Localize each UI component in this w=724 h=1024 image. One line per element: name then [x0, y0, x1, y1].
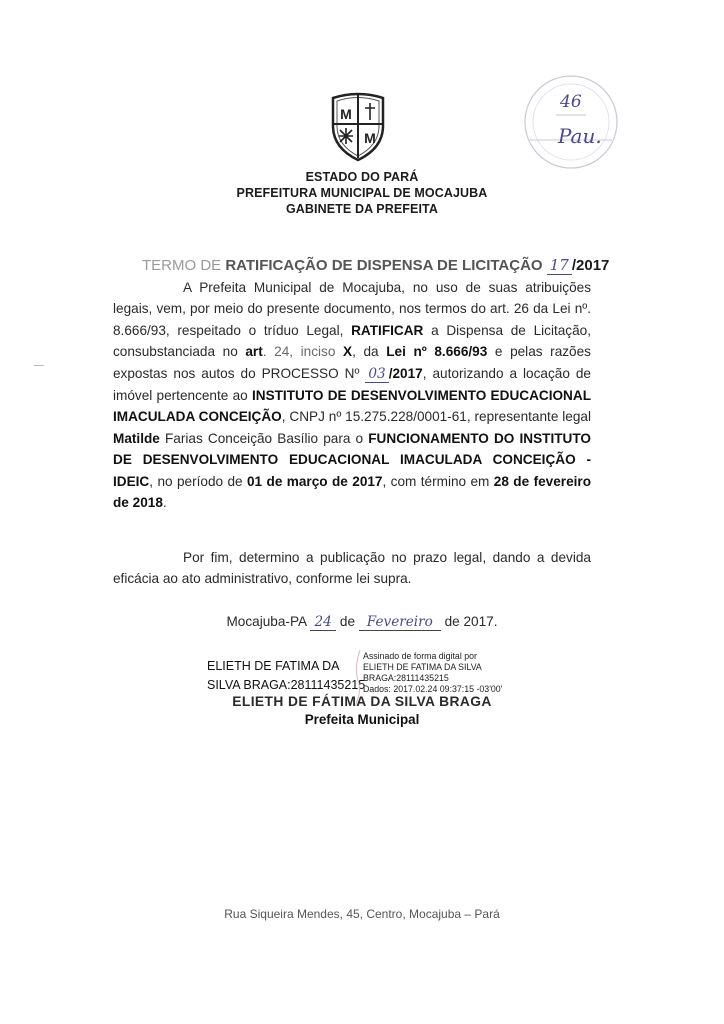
document-title: TERMO DE RATIFICAÇÃO DE DISPENSA DE LICI… [142, 256, 609, 274]
signatory-name: ELIETH DE FÁTIMA DA SILVA BRAGA [0, 694, 724, 709]
start-date: 01 de março de 2017 [247, 474, 383, 489]
municipal-crest-icon: M M [329, 90, 387, 162]
day-handwritten: 24 [310, 614, 336, 631]
sig-detail-line: ELIETH DE FATIMA DA SILVA [363, 662, 502, 673]
protocol-stamp: 46 Pau. [516, 72, 626, 172]
text: , CNPJ nº 15.275.228/0001-61, representa… [282, 409, 591, 424]
svg-text:M: M [364, 130, 376, 146]
header-office: GABINETE DA PREFEITA [0, 202, 724, 217]
text: , no período de [149, 474, 247, 489]
text: . 24, inciso [263, 344, 343, 359]
margin-mark [34, 365, 44, 366]
process-number-handwritten: 03 [365, 366, 388, 383]
header-prefecture: PREFEITURA MUNICIPAL DE MOCAJUBA [0, 186, 724, 201]
stamp-page-number: 46 [560, 92, 582, 112]
digital-signature-details: Assinado de forma digital por ELIETH DE … [363, 651, 502, 695]
closing-paragraph: Por fim, determino a publicação no prazo… [113, 547, 591, 590]
city: Mocajuba-PA [226, 614, 306, 629]
law-reference: Lei nº 8.666/93 [386, 344, 487, 359]
body-paragraph-2: Por fim, determino a publicação no prazo… [113, 547, 591, 590]
month-handwritten: Fevereiro [359, 614, 441, 631]
year: de 2017. [445, 614, 498, 629]
ratificar-text: RATIFICAR [351, 323, 423, 338]
body-paragraph-1: A Prefeita Municipal de Mocajuba, no uso… [113, 277, 591, 513]
digital-signature-name: ELIETH DE FATIMA DA SILVA BRAGA:28111435… [207, 657, 365, 695]
signatory-role: Prefeita Municipal [0, 712, 724, 727]
sig-name-line-2: SILVA BRAGA:28111435215 [207, 676, 365, 695]
title-number-handwritten: 17 [547, 256, 572, 275]
text: art [245, 344, 262, 359]
text: . [163, 495, 167, 510]
representative: Matilde [113, 431, 160, 446]
stamp-signature: Pau. [558, 124, 602, 148]
title-faded: TERMO DE [142, 257, 225, 274]
text: , da [352, 344, 386, 359]
footer-address: Rua Siqueira Mendes, 45, Centro, Mocajub… [0, 907, 724, 921]
sig-detail-line: BRAGA:28111435215 [363, 673, 502, 684]
process-year: /2017 [389, 366, 423, 381]
sig-name-line-1: ELIETH DE FATIMA DA [207, 657, 365, 676]
sig-detail-line: Assinado de forma digital por [363, 651, 502, 662]
text: Farias Conceição Basílio para o [160, 431, 368, 446]
place-date: Mocajuba-PA 24 de Fevereiro de 2017. [0, 614, 724, 631]
text: X [343, 344, 352, 359]
svg-text:M: M [340, 106, 352, 122]
header-state: ESTADO DO PARÁ [0, 170, 724, 185]
title-year: /2017 [572, 257, 610, 274]
title-main: RATIFICAÇÃO DE DISPENSA DE LICITAÇÃO [225, 257, 546, 274]
text: de [340, 614, 355, 629]
text: , com término em [383, 474, 494, 489]
